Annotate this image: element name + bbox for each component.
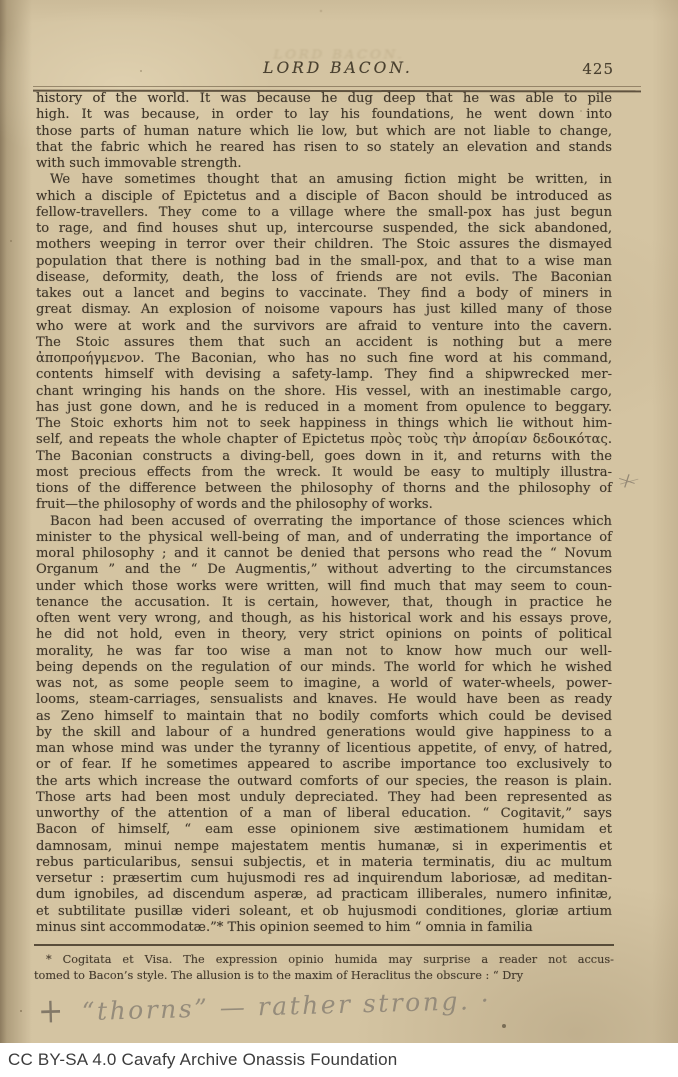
handwritten-annotation: +“thorns” — rather strong. · (38, 978, 639, 1030)
text-line: the arts which increase the outward comf… (36, 774, 612, 790)
text-line: moral philosophy ; and it cannot be deni… (36, 546, 612, 562)
page-number: 425 (582, 60, 614, 78)
text-line: which a disciple of Epictetus and a disc… (36, 189, 612, 205)
pencil-cross-mark: + — (613, 466, 642, 497)
text-line: history of the world. It was because he … (36, 91, 612, 107)
page-title: LORD BACON. (36, 59, 640, 77)
text-line: dum ignobiles, ad discendum asperæ, ad p… (36, 887, 612, 903)
text-line: damnosam, minui nempe majestatem mentis … (36, 839, 612, 855)
footnote: * Cogitata et Visa. The expression opini… (34, 944, 614, 983)
text-line: ἀποπροήγμενον. The Baconian, who has no … (36, 351, 612, 367)
running-head: LORD BACON. 425 (36, 59, 640, 81)
text-line: The Baconian constructs a diving-bell, g… (36, 449, 612, 465)
text-line: most precious effects from the wreck. It… (36, 465, 612, 481)
handwritten-cross-icon: + (38, 991, 67, 1032)
text-line: The Stoic assures them that such an acci… (36, 335, 612, 351)
text-line: fruit—the philosophy of words and the ph… (36, 497, 612, 513)
text-line: to rage, and find houses shut up, interc… (36, 221, 612, 237)
paragraph: history of the world. It was because he … (36, 91, 612, 172)
text-line: rebus particularibus, sensui subjectis, … (36, 855, 612, 871)
text-line: often went very wrong, and though, as hi… (36, 611, 612, 627)
text-line: looms, steam-carriages, sensualists and … (36, 692, 612, 708)
paragraph: Bacon had been accused of overrating the… (36, 514, 612, 937)
text-line: who were at work and the survivors are a… (36, 319, 612, 335)
text-line: was not, as some people seem to imagine,… (36, 676, 612, 692)
text-line: Organum ” and the “ De Augmentis,” witho… (36, 562, 612, 578)
text-line: takes out a lancet and begins to vaccina… (36, 286, 612, 302)
text-line: Bacon had been accused of overrating the… (36, 514, 612, 530)
text-line: contents himself with devising a safety-… (36, 367, 612, 383)
text-line: as Zeno himself to maintain that no bodi… (36, 709, 612, 725)
text-line: being depends on the regulation of our m… (36, 660, 612, 676)
text-line: We have sometimes thought that an amusin… (36, 172, 612, 188)
text-line: The Stoic exhorts him not to seek happin… (36, 416, 612, 432)
paragraph: * Cogitata et Visa. The expression opini… (34, 952, 614, 983)
text-line: great dismay. An explosion of noisome va… (36, 302, 612, 318)
text-line: disease, deformity, death, the loss of f… (36, 270, 612, 286)
paper-speck (20, 1010, 22, 1012)
text-line: Bacon of himself, “ eam esse opinionem s… (36, 822, 612, 838)
text-line: or of fear. If he sometimes appeared to … (36, 757, 612, 773)
text-line: high. It was because, in order to lay hi… (36, 107, 612, 123)
text-line: et subtilitate pusillæ videri soleant, e… (36, 904, 612, 920)
text-line: tions of the difference between the phil… (36, 481, 612, 497)
text-line: versetur : præsertim cum hujusmodi res a… (36, 871, 612, 887)
text-line: fellow-travellers. They come to a villag… (36, 205, 612, 221)
header-rule-thin (33, 86, 641, 87)
text-line: * Cogitata et Visa. The expression opini… (34, 952, 614, 968)
scanned-book-page: LORD BACON. LORD BACON. 425 history of t… (0, 0, 678, 1077)
text-line: tenance the accusation. It is certain, h… (36, 595, 612, 611)
text-line: those parts of human nature which lie lo… (36, 124, 612, 140)
text-line: chant wringing his hands on the shore. H… (36, 384, 612, 400)
handwritten-annotation-text: “thorns” — rather strong. · (81, 986, 491, 1026)
text-line: unworthy of the attention of a man of li… (36, 806, 612, 822)
text-line: with such immovable strength. (36, 156, 612, 172)
text-line: self, and repeats the whole chapter of E… (36, 432, 612, 448)
text-line: man whose mind was under the tyranny of … (36, 741, 612, 757)
text-line: under which those works were written, wi… (36, 579, 612, 595)
text-line: that the fabric which he reared has rise… (36, 140, 612, 156)
text-line: Those arts had been most unduly deprecia… (36, 790, 612, 806)
text-line: morality, he was far too wise a man not … (36, 644, 612, 660)
attribution-bar: CC BY-SA 4.0 Cavafy Archive Onassis Foun… (0, 1043, 678, 1077)
text-line: population that there is nothing bad in … (36, 254, 612, 270)
license-text: CC BY-SA 4.0 Cavafy Archive Onassis Foun… (8, 1050, 397, 1070)
text-line: he did not hold, even in theory, very st… (36, 627, 612, 643)
text-line: minister to the physical well-being of m… (36, 530, 612, 546)
body-text: history of the world. It was because he … (36, 91, 612, 936)
text-line: minus sint accommodatæ.”* This opinion s… (36, 920, 612, 936)
text-line: by the skill and labour of a hundred gen… (36, 725, 612, 741)
paragraph: We have sometimes thought that an amusin… (36, 172, 612, 513)
text-line: has just gone down, and he is reduced in… (36, 400, 612, 416)
text-line: mothers weeping in terror over their chi… (36, 237, 612, 253)
pencil-dot (502, 1024, 506, 1028)
